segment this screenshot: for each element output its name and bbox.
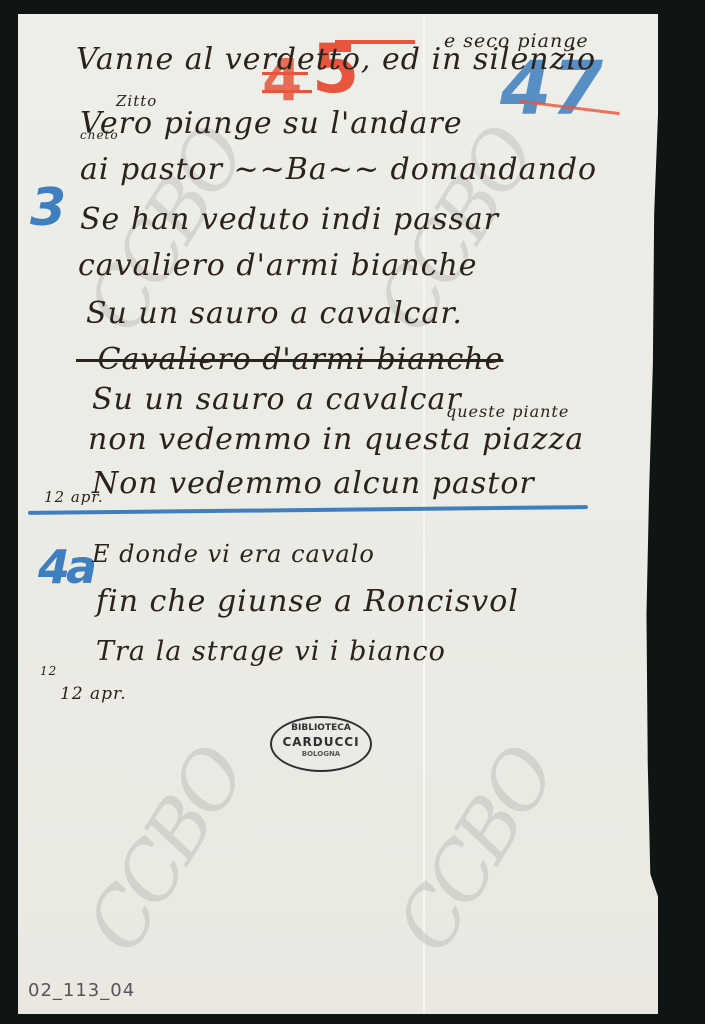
shelfmark-label: 02_113_04 — [28, 980, 135, 1001]
interlinear-insertion: e seco piange — [444, 30, 589, 52]
stamp-text-line3: BOLOGNA — [272, 751, 370, 758]
red-strike-mark — [262, 90, 312, 93]
blue-section-number: 4a — [38, 540, 93, 594]
manuscript-line: Vero piange su l'andare — [80, 106, 463, 141]
manuscript-line: E donde vi era cavalo — [92, 540, 375, 568]
stamp-text-line2: CARDUCCI — [272, 736, 370, 748]
manuscript-line: Non vedemmo alcun pastor — [92, 466, 535, 501]
manuscript-line: ai pastor ~~Ba~~ domandando — [80, 152, 597, 187]
stamp-text-line1: BIBLIOTECA — [272, 724, 370, 733]
manuscript-line: Se han veduto indi passar — [80, 202, 499, 237]
margin-mark: 12 — [40, 664, 57, 678]
blue-section-number: 3 — [30, 178, 66, 238]
interlinear-insertion: queste piante — [446, 402, 569, 421]
library-stamp: BIBLIOTECA CARDUCCI BOLOGNA — [270, 716, 372, 772]
interlinear-insertion: cheto — [80, 128, 119, 142]
manuscript-line: cavaliero d'armi bianche — [78, 248, 478, 283]
margin-date: 12 apr. — [44, 488, 104, 506]
manuscript-line: non vedemmo in questa piazza — [88, 422, 584, 457]
manuscript-line: Tra la strage vi i bianco — [96, 636, 446, 667]
manuscript-line: Su un sauro a cavalcar — [92, 382, 462, 417]
manuscript-line: Su un sauro a cavalcar. — [86, 296, 463, 331]
manuscript-line-struck: - Cavaliero d'armi bianche — [76, 342, 503, 377]
margin-date: 12 apr. — [60, 684, 127, 704]
manuscript-line: fin che giunse a Roncisvol — [96, 584, 519, 619]
